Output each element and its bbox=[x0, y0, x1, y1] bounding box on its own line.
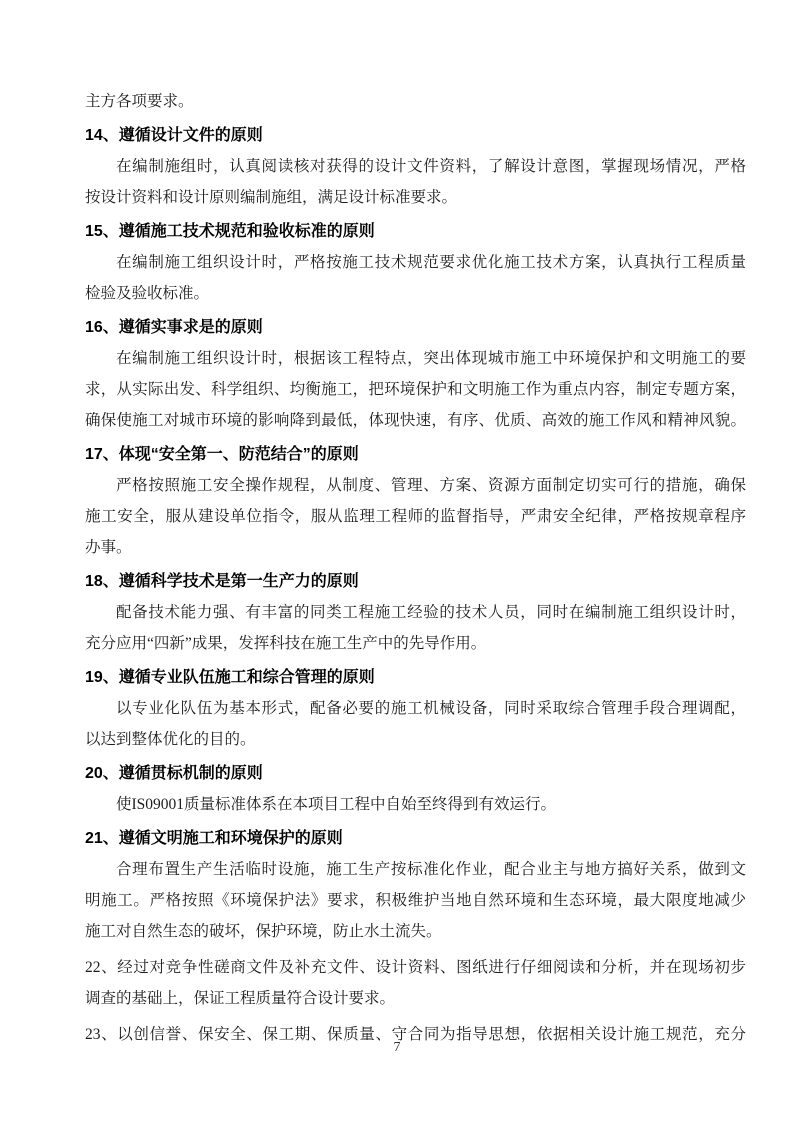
paragraph-line: 在编制施工组织设计时，严格按施工技术规范要求优化施工技术方案，认真执行工程质量 bbox=[85, 247, 746, 278]
paragraph-line: 以达到整体优化的目的。 bbox=[85, 724, 746, 755]
paragraph-line: 施工安全，服从建设单位指令，服从监理工程师的监督指导，严肃安全纪律，严格按规章程… bbox=[85, 501, 746, 532]
paragraph-line: 确保使施工对城市环境的影响降到最低，体现快速，有序、优质、高效的施工作风和精神风… bbox=[85, 405, 746, 436]
paragraph-line: 合理布置生产生活临时设施，施工生产按标准化作业，配合业主与地方搞好关系，做到文 bbox=[85, 854, 746, 885]
paragraph-line: 明施工。严格按照《环境保护法》要求，积极维护当地自然环境和生态环境，最大限度地减… bbox=[85, 885, 746, 916]
section-heading: 19、遵循专业队伍施工和综合管理的原则 bbox=[85, 662, 746, 693]
section-heading: 18、遵循科学技术是第一生产力的原则 bbox=[85, 566, 746, 597]
paragraph-line: 在编制施组时，认真阅读核对获得的设计文件资料，了解设计意图，掌握现场情况，严格 bbox=[85, 151, 746, 182]
paragraph-line: 在编制施工组织设计时，根据该工程特点，突出体现城市施工中环境保护和文明施工的要 bbox=[85, 343, 746, 374]
section-heading: 14、遵循设计文件的原则 bbox=[85, 120, 746, 151]
section-heading: 20、遵循贯标机制的原则 bbox=[85, 758, 746, 789]
document-body: 主方各项要求。14、遵循设计文件的原则在编制施组时，认真阅读核对获得的设计文件资… bbox=[85, 86, 746, 1050]
paragraph-line: 主方各项要求。 bbox=[85, 86, 746, 117]
paragraph-line: 调查的基础上，保证工程质量符合设计要求。 bbox=[85, 983, 746, 1014]
document-page: 主方各项要求。14、遵循设计文件的原则在编制施组时，认真阅读核对获得的设计文件资… bbox=[0, 0, 794, 1122]
paragraph-line: 充分应用“四新”成果，发挥科技在施工生产中的先导作用。 bbox=[85, 628, 746, 659]
page-number: 7 bbox=[0, 1038, 794, 1058]
paragraph-line: 求，从实际出发、科学组织、均衡施工，把环境保护和文明施工作为重点内容，制定专题方… bbox=[85, 374, 746, 405]
paragraph-line: 按设计资料和设计原则编制施组，满足设计标准要求。 bbox=[85, 182, 746, 213]
section-heading: 17、体现“安全第一、防范结合”的原则 bbox=[85, 439, 746, 470]
paragraph-line: 检验及验收标准。 bbox=[85, 278, 746, 309]
paragraph-line: 配备技术能力强、有丰富的同类工程施工经验的技术人员，同时在编制施工组织设计时， bbox=[85, 597, 746, 628]
paragraph-line: 22、经过对竞争性磋商文件及补充文件、设计资料、图纸进行仔细阅读和分析，并在现场… bbox=[85, 952, 746, 983]
paragraph-line: 使IS09001质量标准体系在本项目工程中自始至终得到有效运行。 bbox=[85, 789, 746, 820]
paragraph-line: 严格按照施工安全操作规程，从制度、管理、方案、资源方面制定切实可行的措施，确保 bbox=[85, 470, 746, 501]
paragraph-line: 施工对自然生态的破坏，保护环境，防止水土流失。 bbox=[85, 916, 746, 947]
paragraph-line: 以专业化队伍为基本形式，配备必要的施工机械设备，同时采取综合管理手段合理调配， bbox=[85, 693, 746, 724]
section-heading: 15、遵循施工技术规范和验收标准的原则 bbox=[85, 216, 746, 247]
section-heading: 16、遵循实事求是的原则 bbox=[85, 312, 746, 343]
section-heading: 21、遵循文明施工和环境保护的原则 bbox=[85, 823, 746, 854]
paragraph-line: 办事。 bbox=[85, 532, 746, 563]
